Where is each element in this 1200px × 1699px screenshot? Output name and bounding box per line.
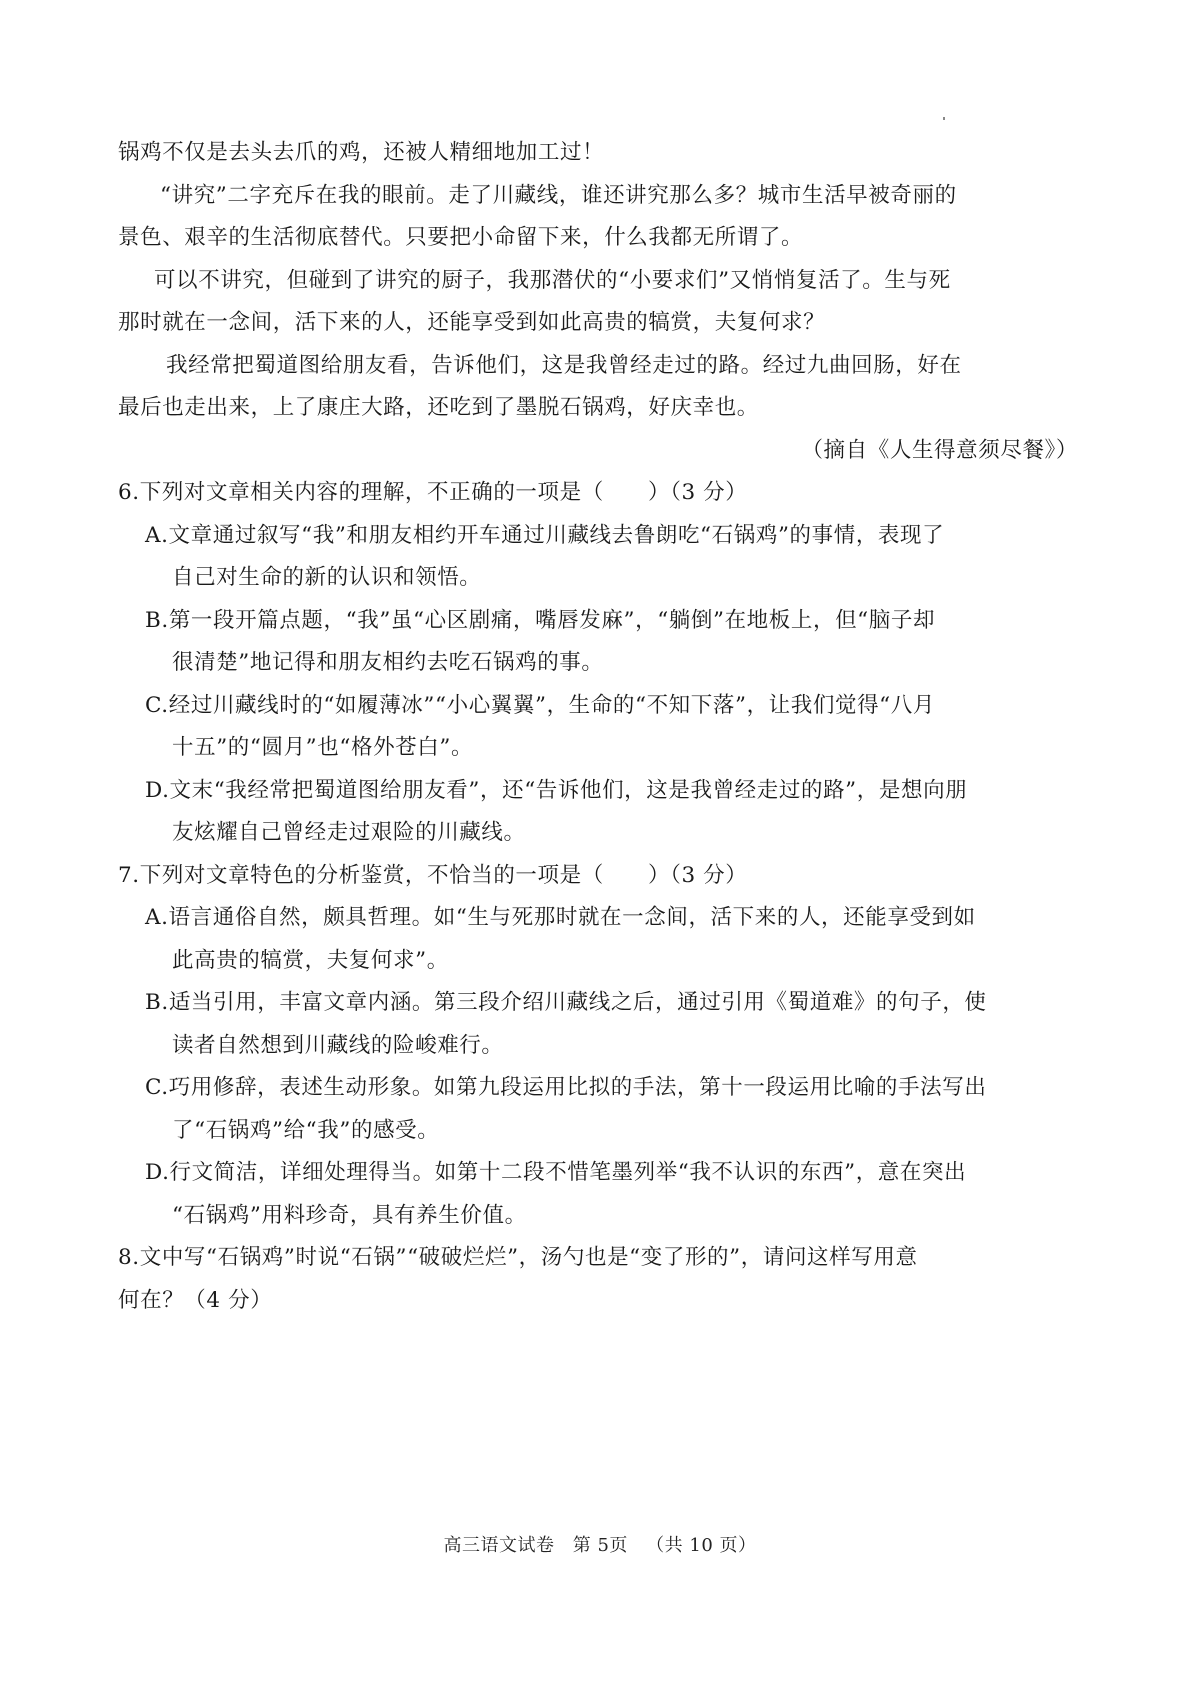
passage-line: 最后也走出来，上了康庄大路，还吃到了墨脱石锅鸡，好庆幸也。 (118, 387, 1080, 430)
question-title-cont: 何在？（4 分） (118, 1280, 1080, 1323)
question-title: 6.下列对文章相关内容的理解，不正确的一项是（ ）（3 分） (118, 472, 1080, 515)
question-8: 8.文中写“石锅鸡”时说“石锅”“破破烂烂”，汤勺也是“变了形的”，请问这样写用… (118, 1237, 1080, 1322)
passage-line: 可以不讲究，但碰到了讲究的厨子，我那潜伏的“小要求们”又悄悄复活了。生与死 (118, 260, 1080, 303)
page-content: 锅鸡不仅是去头去爪的鸡，还被人精细地加工过！ “讲究”二字充斥在我的眼前。走了川… (118, 132, 1080, 1322)
passage-line: 锅鸡不仅是去头去爪的鸡，还被人精细地加工过！ (118, 132, 1080, 175)
option-b: B.适当引用，丰富文章内涵。第三段介绍川藏线之后，通过引用《蜀道难》的句子，使 (118, 982, 1080, 1025)
reading-passage: 锅鸡不仅是去头去爪的鸡，还被人精细地加工过！ “讲究”二字充斥在我的眼前。走了川… (118, 132, 1080, 472)
passage-line: 景色、艰辛的生活彻底替代。只要把小命留下来，什么我都无所谓了。 (118, 217, 1080, 260)
exam-page: 锅鸡不仅是去头去爪的鸡，还被人精细地加工过！ “讲究”二字充斥在我的眼前。走了川… (0, 0, 1200, 1699)
option-d: D.行文简洁，详细处理得当。如第十二段不惜笔墨列举“我不认识的东西”，意在突出 (118, 1152, 1080, 1195)
option-d-cont: “石锅鸡”用料珍奇，具有养生价值。 (118, 1195, 1080, 1238)
passage-line: “讲究”二字充斥在我的眼前。走了川藏线，谁还讲究那么多？城市生活早被奇丽的 (118, 175, 1080, 218)
option-a: A.文章通过叙写“我”和朋友相约开车通过川藏线去鲁朗吃“石锅鸡”的事情，表现了 (118, 515, 1080, 558)
page-number: 第 5页 (573, 1535, 628, 1556)
option-d-cont: 友炫耀自己曾经走过艰险的川藏线。 (118, 812, 1080, 855)
question-6: 6.下列对文章相关内容的理解，不正确的一项是（ ）（3 分） A.文章通过叙写“… (118, 472, 1080, 855)
option-b-cont: 读者自然想到川藏线的险峻难行。 (118, 1025, 1080, 1068)
page-footer: 高三语文试卷 第 5页 （共 10 页） (0, 1531, 1200, 1557)
option-c: C.经过川藏线时的“如履薄冰”“小心翼翼”，生命的“不知下落”，让我们觉得“八月 (118, 685, 1080, 728)
page-total: （共 10 页） (646, 1535, 756, 1556)
option-b-cont: 很清楚”地记得和朋友相约去吃石锅鸡的事。 (118, 642, 1080, 685)
question-7: 7.下列对文章特色的分析鉴赏，不恰当的一项是（ ）（3 分） A.语言通俗自然，… (118, 855, 1080, 1238)
option-a-cont: 自己对生命的新的认识和领悟。 (118, 557, 1080, 600)
passage-line: 我经常把蜀道图给朋友看，告诉他们，这是我曾经走过的路。经过九曲回肠，好在 (118, 345, 1080, 388)
option-c-cont: 十五”的“圆月”也“格外苍白”。 (118, 727, 1080, 770)
exam-name: 高三语文试卷 (443, 1535, 554, 1556)
question-title: 8.文中写“石锅鸡”时说“石锅”“破破烂烂”，汤勺也是“变了形的”，请问这样写用… (118, 1237, 1080, 1280)
option-b: B.第一段开篇点题，“我”虽“心区剧痛，嘴唇发麻”，“躺倒”在地板上，但“脑子却 (118, 600, 1080, 643)
scan-speck (943, 117, 945, 120)
option-a-cont: 此高贵的犒赏，夫复何求”。 (118, 940, 1080, 983)
question-title: 7.下列对文章特色的分析鉴赏，不恰当的一项是（ ）（3 分） (118, 855, 1080, 898)
passage-line: 那时就在一念间，活下来的人，还能享受到如此高贵的犒赏，夫复何求？ (118, 302, 1080, 345)
passage-source: （摘自《人生得意须尽餐》） (118, 430, 1080, 473)
option-c-cont: 了“石锅鸡”给“我”的感受。 (118, 1110, 1080, 1153)
option-c: C.巧用修辞，表述生动形象。如第九段运用比拟的手法，第十一段运用比喻的手法写出 (118, 1067, 1080, 1110)
option-d: D.文末“我经常把蜀道图给朋友看”，还“告诉他们，这是我曾经走过的路”，是想向朋 (118, 770, 1080, 813)
option-a: A.语言通俗自然，颇具哲理。如“生与死那时就在一念间，活下来的人，还能享受到如 (118, 897, 1080, 940)
